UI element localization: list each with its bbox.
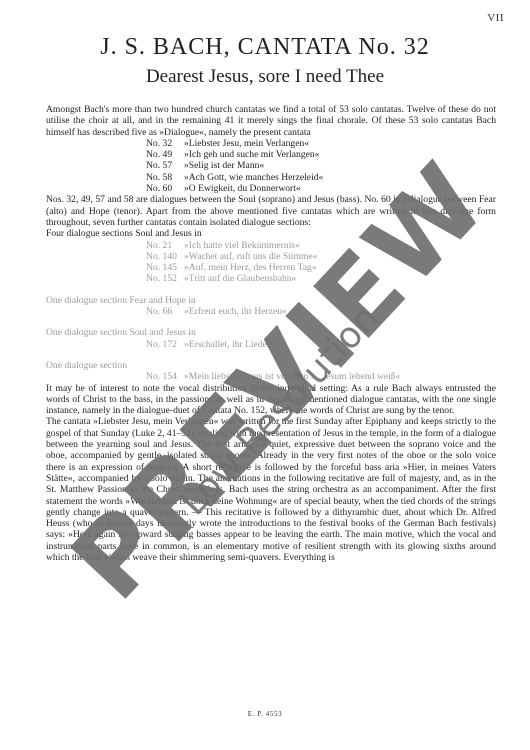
section-list: No. 21»Ich hatte viel Bekümmernis« No. 1…: [146, 240, 496, 285]
page-number: VII: [487, 12, 504, 24]
page-footer: E. P. 4553: [0, 710, 530, 718]
cantata-description-paragraph: The cantata »Liebster Jesu, mein Verlang…: [46, 416, 496, 563]
list-item: No. 172»Erschallet, ihr Lieder«: [146, 339, 496, 350]
list-item: No. 21»Ich hatte viel Bekümmernis«: [146, 240, 496, 251]
list-item: No. 32»Liebster Jesu, mein Verlangen«: [146, 138, 496, 149]
section-list: No. 172»Erschallet, ihr Lieder«: [146, 339, 496, 350]
section-label: One dialogue section Fear and Hope in: [46, 295, 496, 306]
document-page: VII J. S. BACH, CANTATA No. 32 Dearest J…: [0, 0, 530, 750]
list-item: No. 152»Tritt auf die Glaubensbahn«: [146, 273, 496, 284]
page-title: J. S. BACH, CANTATA No. 32: [0, 34, 530, 61]
document-body: Amongst Bach's more than two hundred chu…: [46, 104, 496, 563]
section-label: One dialogue section Soul and Jesus in: [46, 327, 496, 338]
list-item: No. 57»Selig ist der Mann«: [146, 160, 496, 171]
list-item: No. 66»Erfreut euch, ihr Herzen«: [146, 306, 496, 317]
section-label: One dialogue section: [46, 360, 496, 371]
page-subtitle: Dearest Jesus, sore I need Thee: [0, 66, 530, 88]
dialogue-cantata-list: No. 32»Liebster Jesu, mein Verlangen« No…: [146, 138, 496, 194]
section-list: No. 154»Mein liebster Jesus ist verloren…: [146, 371, 496, 382]
section-label: Four dialogue sections Soul and Jesus in: [46, 228, 496, 239]
vocal-distribution-paragraph: It may be of interest to note the vocal …: [46, 383, 496, 417]
section-list: No. 66»Erfreut euch, ihr Herzen«: [146, 306, 496, 317]
list-item: No. 140»Wachet auf, ruft uns die Stimme«: [146, 251, 496, 262]
list-item: No. 154»Mein liebster Jesus ist verloren…: [146, 371, 496, 382]
list-item: No. 49»Ich geh und suche mit Verlangen«: [146, 149, 496, 160]
list-item: No. 145»Auf, mein Herz, des Herren Tag«: [146, 262, 496, 273]
list-item: No. 60»O Ewigkeit, du Donnerwort«: [146, 183, 496, 194]
intro-paragraph: Amongst Bach's more than two hundred chu…: [46, 104, 496, 138]
list-item: No. 58»Ach Gott, wie manches Herzeleid«: [146, 172, 496, 183]
dialogue-paragraph: Nos. 32, 49, 57 and 58 are dialogues bet…: [46, 194, 496, 228]
